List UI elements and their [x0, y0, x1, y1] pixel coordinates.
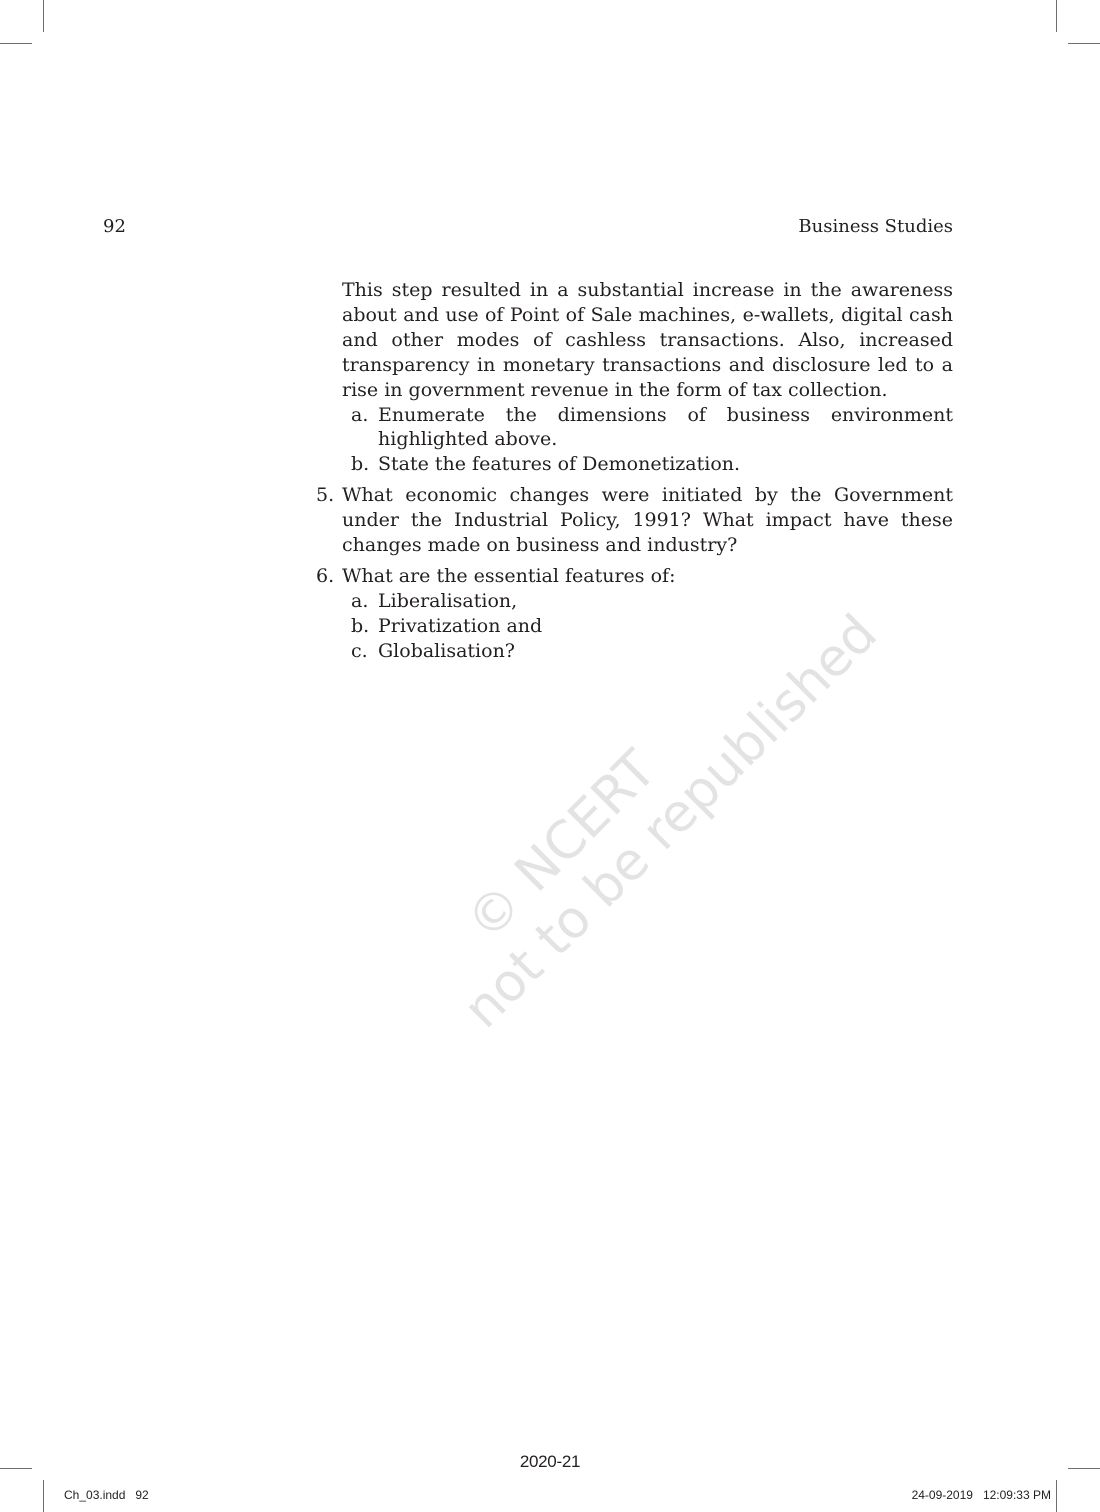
- sub-question: a. Enumerate the dimensions of business …: [342, 403, 953, 453]
- list-item-text: Privatization and: [378, 615, 542, 637]
- print-slug-date: 24-09-2019 12:09:33 PM: [912, 1488, 1051, 1502]
- watermark: © NCERT not to be republished: [410, 630, 820, 1040]
- academic-year: 2020-21: [0, 1452, 1100, 1472]
- crop-mark-top-left-h: [0, 43, 32, 44]
- crop-mark-bottom-right: [1056, 1480, 1057, 1512]
- sub-question: b. State the features of Demonetization.: [342, 452, 953, 477]
- page-content: This step resulted in a substantial incr…: [342, 278, 953, 664]
- case-sub-questions: a. Enumerate the dimensions of business …: [342, 403, 953, 478]
- intro-paragraph: This step resulted in a substantial incr…: [342, 278, 953, 403]
- crop-mark-top-right: [1056, 0, 1057, 32]
- sub-question-marker: b.: [351, 452, 369, 477]
- question-5: 5. What economic changes were initiated …: [342, 483, 953, 558]
- crop-mark-top-right-h: [1068, 43, 1100, 44]
- list-item-marker: b.: [351, 614, 369, 639]
- list-item: c. Globalisation?: [342, 639, 953, 664]
- question-6: 6. What are the essential features of: a…: [342, 564, 953, 664]
- running-title: Business Studies: [798, 216, 953, 238]
- list-item: b. Privatization and: [342, 614, 953, 639]
- list-item-marker: c.: [351, 639, 368, 664]
- sub-question-marker: a.: [351, 403, 368, 428]
- print-slug-file: Ch_03.indd 92: [64, 1488, 149, 1502]
- sub-question-text: Enumerate the dimensions of business env…: [378, 404, 953, 451]
- list-item-text: Liberalisation,: [378, 590, 517, 612]
- list-item-marker: a.: [351, 589, 368, 614]
- question-text: What economic changes were initiated by …: [342, 484, 953, 556]
- page-number: 92: [103, 216, 126, 238]
- watermark-line-2: not to be republished: [452, 672, 820, 1040]
- watermark-line-1: © NCERT: [410, 630, 778, 998]
- question-number: 6.: [316, 564, 334, 589]
- crop-mark-top-left: [43, 0, 44, 32]
- sub-question-text: State the features of Demonetization.: [378, 453, 740, 475]
- crop-mark-bottom-left: [43, 1480, 44, 1512]
- list-item-text: Globalisation?: [378, 640, 515, 662]
- list-item: a. Liberalisation,: [342, 589, 953, 614]
- question-number: 5.: [316, 483, 334, 508]
- question-text: What are the essential features of:: [342, 565, 675, 587]
- question-6-items: a. Liberalisation, b. Privatization and …: [342, 589, 953, 664]
